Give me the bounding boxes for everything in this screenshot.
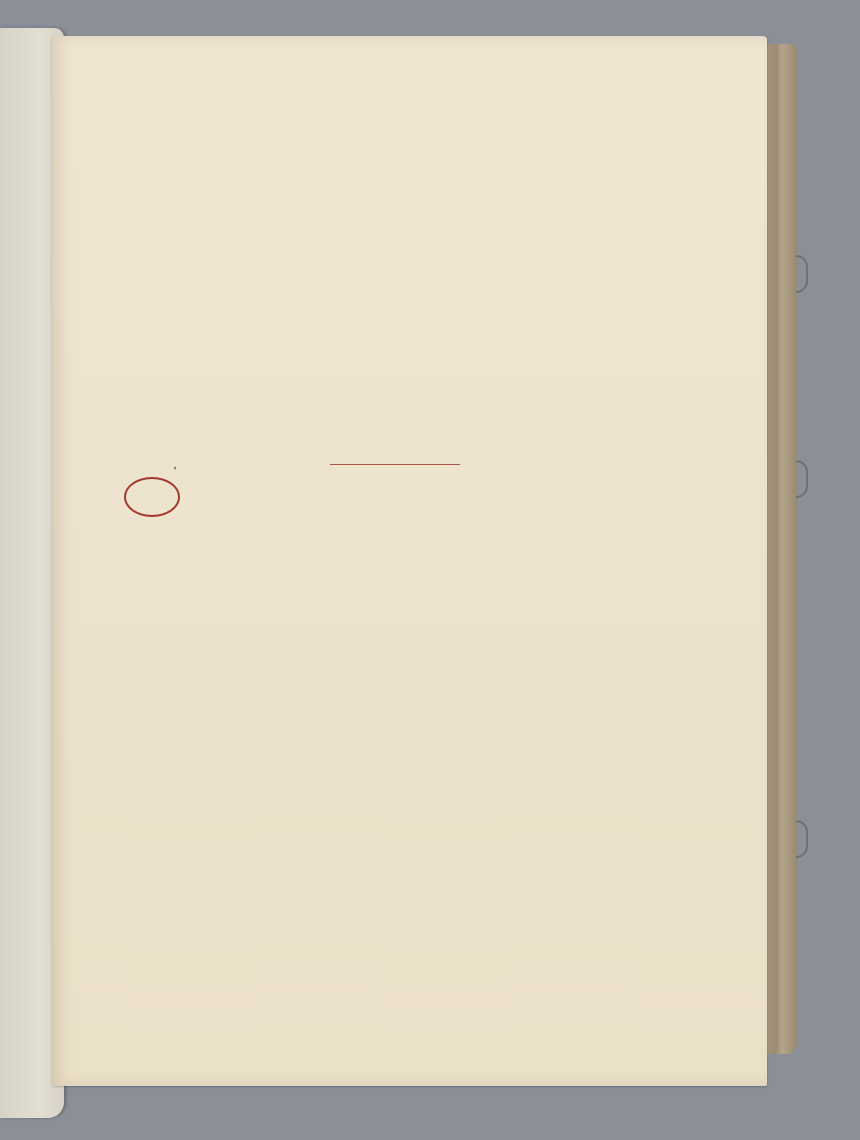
heading-underline [330, 464, 460, 465]
decorated-initial [124, 477, 180, 517]
initial-breathing-mark: ῾ [172, 466, 178, 480]
clip-middle [796, 460, 808, 498]
manuscript-page [52, 36, 767, 1086]
book-page-edges [763, 44, 797, 1054]
clip-top [796, 255, 808, 293]
clip-bottom [796, 820, 808, 858]
